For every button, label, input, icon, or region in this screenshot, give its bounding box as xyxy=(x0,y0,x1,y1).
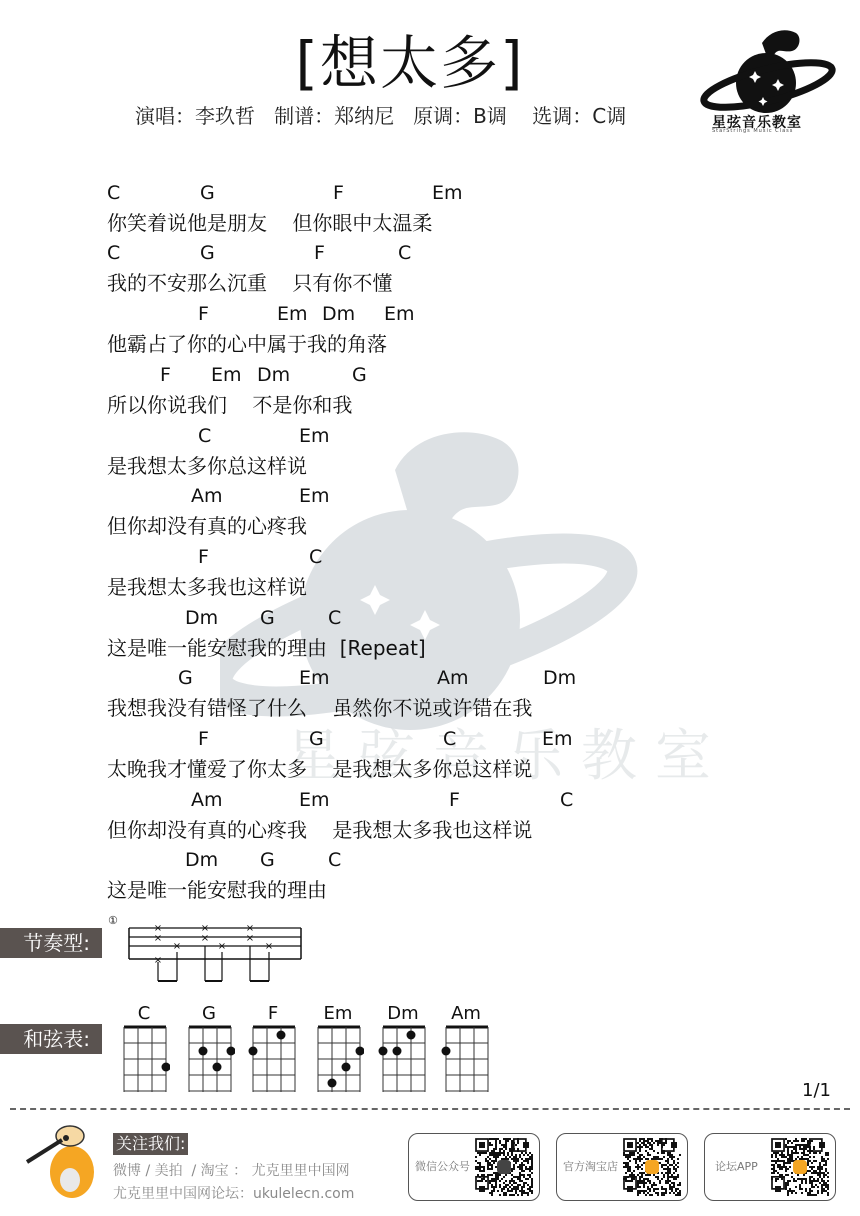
qr-card-wechat[interactable]: 微信公众号 xyxy=(408,1133,540,1201)
lyric-line: 但你却没有真的心疼我 是我想太多我也这样说 xyxy=(107,815,532,845)
chord-symbol: G xyxy=(352,360,367,390)
ukulele-mascot-icon xyxy=(22,1122,107,1202)
lyric-line: 我想我没有错怪了什么 虽然你不说或许错在我 xyxy=(107,693,532,723)
logo-name-en: StarStrings Music Class xyxy=(712,128,793,134)
chord-symbol: Dm xyxy=(257,360,290,390)
lyric-line: 这是唯一能安慰我的理由 [Repeat] xyxy=(107,633,426,663)
chord-symbol: C xyxy=(309,542,322,572)
chord-diagram-name: G xyxy=(187,1003,231,1024)
qr-label-forum-app: 论坛APP xyxy=(715,1158,758,1174)
chord-symbol: Em xyxy=(432,178,463,208)
chord-symbol: Em xyxy=(299,481,330,511)
chord-diagram-name: F xyxy=(251,1003,295,1024)
chord-symbol: C xyxy=(328,845,341,875)
chord-symbol: G xyxy=(178,663,193,693)
page-number: 1/1 xyxy=(802,1080,831,1101)
qr-code-taobao-icon xyxy=(623,1138,681,1196)
chord-symbol: Am xyxy=(437,663,469,693)
lyric-line: 你笑着说他是朋友 但你眼中太温柔 xyxy=(107,208,432,238)
chord-symbol: G xyxy=(200,238,215,268)
chord-symbol: G xyxy=(260,603,275,633)
qr-card-forum-app[interactable]: 论坛APP xyxy=(704,1133,836,1201)
chord-symbol: G xyxy=(309,724,324,754)
lyric-line: 所以你说我们 不是你和我 xyxy=(107,390,352,420)
chord-diagram-name: C xyxy=(122,1003,166,1024)
lyric-line: 我的不安那么沉重 只有你不懂 xyxy=(107,268,392,298)
chord-symbol: F xyxy=(198,542,209,572)
chord-symbol: F xyxy=(314,238,325,268)
chord-symbol: F xyxy=(160,360,171,390)
qr-code-wechat-icon xyxy=(475,1138,533,1196)
chord-symbol: Em xyxy=(299,785,330,815)
chord-symbol: C xyxy=(443,724,456,754)
forum-link[interactable]: 尤克里里中国网论坛：ukulelecn.com xyxy=(113,1183,354,1203)
qr-label-taobao: 官方淘宝店 xyxy=(563,1158,618,1174)
svg-text:×: × xyxy=(218,941,226,952)
svg-text:×: × xyxy=(154,955,162,966)
lyric-line: 这是唯一能安慰我的理由 xyxy=(107,875,327,905)
chord-symbol: F xyxy=(449,785,460,815)
social-links-text: 微博 / 美拍 / 淘宝 ： 尤克里里中国网 xyxy=(113,1160,350,1180)
chord-symbol: C xyxy=(107,178,120,208)
svg-text:×: × xyxy=(246,933,254,944)
lyric-line: 是我想太多你总这样说 xyxy=(107,451,307,481)
chord-diagram-name: Dm xyxy=(381,1003,425,1024)
chord-symbol: Em xyxy=(299,421,330,451)
chord-diagram-f-icon xyxy=(247,1024,299,1096)
svg-text:×: × xyxy=(201,933,209,944)
chord-diagram-g-icon xyxy=(183,1024,235,1096)
lyric-line: 太晚我才懂爱了你太多 是我想太多你总这样说 xyxy=(107,754,532,784)
chord-symbol: Em xyxy=(277,299,308,329)
chord-symbol: Dm xyxy=(185,845,218,875)
chord-symbol: F xyxy=(198,299,209,329)
chord-diagram-am-icon xyxy=(440,1024,492,1096)
chord-diagram-name: Am xyxy=(444,1003,488,1024)
chord-symbol: C xyxy=(198,421,211,451)
rhythm-label: 节奏型: xyxy=(0,928,102,958)
chord-symbol: Em xyxy=(542,724,573,754)
footer-divider xyxy=(10,1108,850,1110)
svg-text:×: × xyxy=(265,941,273,952)
chord-symbol: F xyxy=(198,724,209,754)
song-meta: 演唱：李玖哲 制谱：郑纳尼 原调：B调 选调：C调 xyxy=(135,100,626,129)
chord-symbol: Em xyxy=(384,299,415,329)
song-title: [想太多] xyxy=(0,28,820,98)
svg-text:×: × xyxy=(173,941,181,952)
qr-card-taobao[interactable]: 官方淘宝店 xyxy=(556,1133,688,1201)
chord-diagram-c-icon xyxy=(118,1024,170,1096)
qr-code-forum-app-icon xyxy=(771,1138,829,1196)
lyric-line: 他霸占了你的心中属于我的角落 xyxy=(107,329,387,359)
chord-diagram-name: Em xyxy=(316,1003,360,1024)
chord-symbol: Dm xyxy=(185,603,218,633)
chord-symbol: Em xyxy=(299,663,330,693)
svg-text:×: × xyxy=(154,933,162,944)
follow-us-label: 关注我们: xyxy=(113,1133,188,1155)
chord-symbol: G xyxy=(200,178,215,208)
chord-diagram-dm-icon xyxy=(377,1024,429,1096)
rhythm-pattern-icon: ×××× ××× ××× xyxy=(125,918,305,988)
qr-label-wechat: 微信公众号 xyxy=(415,1158,470,1174)
chord-symbol: Am xyxy=(191,481,223,511)
chord-symbol: C xyxy=(328,603,341,633)
rhythm-number: ① xyxy=(108,914,118,927)
chord-symbol: Am xyxy=(191,785,223,815)
chord-diagram-em-icon xyxy=(312,1024,364,1096)
chord-chart-label: 和弦表: xyxy=(0,1024,102,1054)
lyric-line: 是我想太多我也这样说 xyxy=(107,572,307,602)
chord-symbol: G xyxy=(260,845,275,875)
chord-symbol: C xyxy=(107,238,120,268)
chord-symbol: Em xyxy=(211,360,242,390)
chord-symbol: C xyxy=(560,785,573,815)
chord-symbol: Dm xyxy=(543,663,576,693)
chord-symbol: F xyxy=(333,178,344,208)
chord-symbol: C xyxy=(398,238,411,268)
lyric-line: 但你却没有真的心疼我 xyxy=(107,511,307,541)
chord-symbol: Dm xyxy=(322,299,355,329)
